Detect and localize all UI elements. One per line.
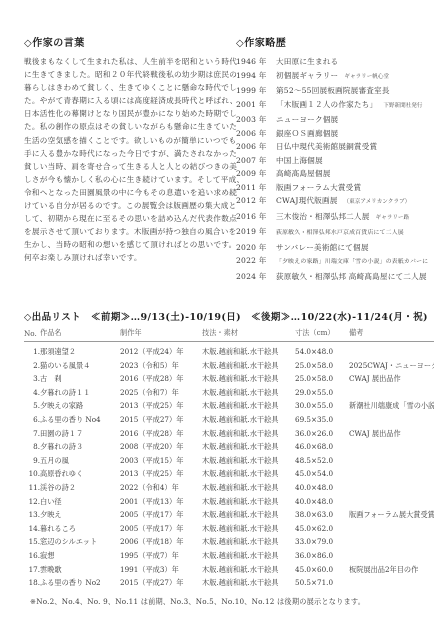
bio-year: 2006 年 <box>236 140 268 154</box>
cell-size: 30.0×55.0 <box>295 399 349 413</box>
statement-line: しさが今も懐かしく私の心に生き続けています。そして平成、 <box>24 173 222 186</box>
cell-technique: 木版.越前和紙.水干絵具 <box>202 467 295 481</box>
cell-no: 17. <box>24 563 40 577</box>
cell-no: 18. <box>24 576 40 590</box>
cell-note: 2025CWAJ・ニューヨーク展出品 <box>349 359 434 373</box>
bio-entry: 2011 年版画フォーラム大賞受賞 <box>236 181 434 195</box>
table-row: 13.夕映え2005（平成17）年木版.越前和紙.水干絵具38.0×63.0版画… <box>24 508 434 522</box>
cell-title: 夕映え <box>40 508 120 522</box>
exhibit-list-section: ◇出品リスト ≪前期≫…9/13(土)-10/19(日) ≪後期≫…10/22(… <box>24 309 434 607</box>
cell-no: 7. <box>24 427 40 441</box>
bio-year: 1999 年 <box>236 84 268 98</box>
artist-statement-heading: ◇作家の言葉 <box>24 34 222 49</box>
cell-title: 那須遠望２ <box>40 342 120 359</box>
column-header: No. <box>24 328 40 342</box>
artist-statement-section: ◇作家の言葉 戦後まもなくして生まれた私は、人生前半を昭和という時代に生きてきま… <box>24 34 222 283</box>
cell-title: 夕暮れの詩１１ <box>40 386 120 400</box>
document-page: ◇作家の言葉 戦後まもなくして生まれた私は、人生前半を昭和という時代に生きてきま… <box>0 0 446 640</box>
artist-statement-text: 戦後まもなくして生まれた私は、人生前半を昭和という時代に生きてきました。昭和２０… <box>24 55 222 265</box>
cell-note <box>349 495 434 509</box>
bio-year: 2007 年 <box>236 154 268 168</box>
cell-note <box>349 481 434 495</box>
bio-entry: 2016 年三木俊治・相澤弘邦二人展ギャラリー路 <box>236 210 434 226</box>
cell-technique: 木版.越前和紙.水干絵具 <box>202 399 295 413</box>
cell-year: 2015（平成27）年 <box>120 576 202 590</box>
cell-no: 5. <box>24 399 40 413</box>
cell-note <box>349 535 434 549</box>
bio-entry: 2022 年「夕映えの家路」川端文庫「雪の小説」の表紙カバーに <box>236 254 434 270</box>
table-row: 15.窓辺のシルエット2006（平成18）年木版.越前和紙.水干絵具33.0×7… <box>24 535 434 549</box>
cell-size: 38.0×63.0 <box>295 508 349 522</box>
cell-technique: 木版.越前和紙.水干絵具 <box>202 413 295 427</box>
bio-entry: 2001 年「木版画１２人の作家たち」下野新聞社発行 <box>236 98 434 114</box>
cell-technique: 木版.越前和紙.水干絵具 <box>202 372 295 386</box>
cell-no: 14. <box>24 522 40 536</box>
bio-year: 2024 年 <box>236 270 268 284</box>
cell-technique: 木版.越前和紙.水干絵具 <box>202 454 295 468</box>
cell-size: 25.0×58.0 <box>295 372 349 386</box>
cell-size: 48.5×52.0 <box>295 454 349 468</box>
cell-note <box>349 454 434 468</box>
cell-note: CWAJ 展出品作 <box>349 427 434 441</box>
cell-no: 2. <box>24 359 40 373</box>
cell-no: 6. <box>24 413 40 427</box>
cell-title: 夕暮れの詩３ <box>40 440 120 454</box>
bio-year: 2012 年 <box>236 194 268 208</box>
statement-line: して、初期から現在に至るその思いを詰め込んだ代表作数点 <box>24 212 222 225</box>
statement-line: に生きてきました。昭和２０年代終戦後私の幼少期は庶民の <box>24 68 222 81</box>
cell-size: 45.0×54.0 <box>295 467 349 481</box>
bio-note: ギャラリー帆心堂 <box>344 71 389 85</box>
cell-year: 2001（平成13）年 <box>120 495 202 509</box>
cell-size: 36.0×86.0 <box>295 549 349 563</box>
bio-entry: 2024 年荻原敏久・相澤弘邦 高崎髙島屋にて二人展 <box>236 270 434 284</box>
cell-technique: 木版.越前和紙.水干絵具 <box>202 481 295 495</box>
cell-size: 29.0×55.0 <box>295 386 349 400</box>
statement-line: 生活の空気感を描くことです。欲しいものが簡単にいつでも <box>24 134 222 147</box>
bio-entry: 2006 年日仏中現代美術館展銅賞受賞 <box>236 140 434 154</box>
bio-year: 1946 年 <box>236 55 268 69</box>
cell-size: 36.0×26.0 <box>295 427 349 441</box>
bio-entry: 1999 年第52～55回展板画院展審査室長 <box>236 84 434 98</box>
table-row: 2.猫のいる風景４2023（令和5）年木版.越前和紙.水干絵具25.0×58.0… <box>24 359 434 373</box>
cell-note <box>349 467 434 481</box>
column-header: 寸法（cm） <box>295 328 349 342</box>
cell-year: 2005（平成17）年 <box>120 508 202 522</box>
bio-entry: 2006 年銀座ＯＳ画廊個展 <box>236 127 434 141</box>
cell-size: 46.0×68.0 <box>295 440 349 454</box>
cell-size: 45.0×60.0 <box>295 563 349 577</box>
artist-bio-section: ◇作家略歴 1946 年大田原に生まれる1994 年初個展ギャラリーギャラリー帆… <box>236 34 434 283</box>
bio-text: 荻原敏久・相澤弘邦水戸京成百貨店にて二人展 <box>276 227 404 241</box>
bio-text: サンバレー美術館にて個展 <box>276 241 369 255</box>
cell-technique: 木版.越前和紙.水干絵具 <box>202 549 295 563</box>
cell-technique: 木版.越前和紙.水干絵具 <box>202 427 295 441</box>
cell-size: 40.0×48.0 <box>295 481 349 495</box>
table-row: 6.ふる里の香り No42015（平成27）年木版.越前和紙.水干絵具69.5×… <box>24 413 434 427</box>
cell-note: 板院展出品2年目の作 <box>349 563 434 577</box>
bio-entry: 1946 年大田原に生まれる <box>236 55 434 69</box>
artist-bio-list: 1946 年大田原に生まれる1994 年初個展ギャラリーギャラリー帆心堂1999… <box>236 55 434 283</box>
exhibit-table-body: 1.那須遠望２2012（平成24）年木版.越前和紙.水干絵具54.0×48.02… <box>24 342 434 590</box>
bio-entry: 1994 年初個展ギャラリーギャラリー帆心堂 <box>236 69 434 85</box>
exhibit-table: No.作品名制作年技法・素材寸法（cm）備考 1.那須遠望２2012（平成24）… <box>24 328 434 590</box>
bio-year: 2001 年 <box>236 98 268 112</box>
bio-entry: 2012 年CWAJ現代版画展（東京アメリカンクラブ） <box>236 194 434 210</box>
table-row: 17.雲晩歌1991（平成3）年木版.越前和紙.水干絵具45.0×60.0板院展… <box>24 563 434 577</box>
cell-year: 2012（平成24）年 <box>120 342 202 359</box>
bio-year: 2020 年 <box>236 241 268 255</box>
cell-note <box>349 413 434 427</box>
cell-technique: 木版.越前和紙.水干絵具 <box>202 495 295 509</box>
cell-title: 古 刹 <box>40 372 120 386</box>
cell-title: 渓谷の詩２ <box>40 481 120 495</box>
cell-note: CWAJ 展出品作 <box>349 372 434 386</box>
table-row: 18.ふる里の香り No22015（平成27）年木版.越前和紙.水干絵具50.5… <box>24 576 434 590</box>
table-row: 11.渓谷の詩２2022（令和4）年木版.越前和紙.水干絵具40.0×48.0 <box>24 481 434 495</box>
table-row: 4.夕暮れの詩１１2025（令和7）年木版.越前和紙.水干絵具29.0×55.0 <box>24 386 434 400</box>
bio-entry: 2020 年サンバレー美術館にて個展 <box>236 241 434 255</box>
cell-technique: 木版.越前和紙.水干絵具 <box>202 359 295 373</box>
cell-note <box>349 522 434 536</box>
cell-no: 1. <box>24 342 40 359</box>
cell-no: 11. <box>24 481 40 495</box>
table-row: 1.那須遠望２2012（平成24）年木版.越前和紙.水干絵具54.0×48.0 <box>24 342 434 359</box>
bio-text: 「夕映えの家路」川端文庫「雪の小説」の表紙カバーに <box>276 256 428 270</box>
exhibit-list-heading-row: ◇出品リスト ≪前期≫…9/13(土)-10/19(日) ≪後期≫…10/22(… <box>24 309 434 323</box>
bio-text: 日仏中現代美術館展銅賞受賞 <box>276 140 377 154</box>
cell-technique: 木版.越前和紙.水干絵具 <box>202 522 295 536</box>
statement-line: た。私の創作の原点はその貧しいながらも懸命に生きていた <box>24 120 222 133</box>
cell-year: 2016（平成28）年 <box>120 427 202 441</box>
cell-no: 9. <box>24 454 40 468</box>
bio-text: CWAJ現代版画展 <box>276 194 338 208</box>
cell-size: 69.5×35.0 <box>295 413 349 427</box>
column-header: 備考 <box>349 328 434 342</box>
bio-text: 荻原敏久・相澤弘邦 高崎髙島屋にて二人展 <box>276 270 427 284</box>
cell-technique: 木版.越前和紙.水干絵具 <box>202 576 295 590</box>
cell-no: 3. <box>24 372 40 386</box>
cell-size: 50.5×71.0 <box>295 576 349 590</box>
cell-note: 版画フォーラム展大賞受賞 <box>349 508 434 522</box>
table-row: 9.五月の風2003（平成15）年木版.越前和紙.水干絵具48.5×52.0 <box>24 454 434 468</box>
statement-line: けている自分が居るのです。この展覧会は版画歴の集大成と <box>24 199 222 212</box>
cell-technique: 木版.越前和紙.水干絵具 <box>202 386 295 400</box>
bio-note: （東京アメリカンクラブ） <box>344 196 411 210</box>
cell-no: 8. <box>24 440 40 454</box>
statement-line: 何卒お楽しみ頂ければ幸いです。 <box>24 251 222 264</box>
bio-text: ニューヨーク個展 <box>276 113 338 127</box>
cell-year: 1991（平成3）年 <box>120 563 202 577</box>
top-columns: ◇作家の言葉 戦後まもなくして生まれた私は、人生前半を昭和という時代に生きてきま… <box>24 34 434 283</box>
bio-year: 1994 年 <box>236 69 268 83</box>
bio-text: 初個展ギャラリー <box>276 69 338 83</box>
exhibit-footnote: ※No.2、No.4、No. 9、No.11 は前期、No.3、No.5、No.… <box>30 597 434 607</box>
statement-line: 日本活性化の幕開けとなり国民が豊かになり始めた時期でし <box>24 107 222 120</box>
cell-year: 2023（令和5）年 <box>120 359 202 373</box>
bio-year: 2011 年 <box>236 181 268 195</box>
column-header: 制作年 <box>120 328 202 342</box>
cell-size: 45.0×62.0 <box>295 522 349 536</box>
cell-no: 16. <box>24 549 40 563</box>
table-row: 5.夕映えの家路2013（平成25）年木版.越前和紙.水干絵具30.0×55.0… <box>24 399 434 413</box>
bio-year: 2006 年 <box>236 127 268 141</box>
statement-line: 戦後まもなくして生まれた私は、人生前半を昭和という時代 <box>24 55 222 68</box>
cell-technique: 木版.越前和紙.水干絵具 <box>202 535 295 549</box>
statement-line: た。やがて青春期に入る頃には高度経済成長時代と呼ばれ、 <box>24 94 222 107</box>
bio-year: 2009 年 <box>236 167 268 181</box>
cell-note: 新潮社川端康成「雪の小説」表紙カバーに <box>349 399 434 413</box>
cell-year: 2022（令和4）年 <box>120 481 202 495</box>
bio-year: 2022 年 <box>236 254 268 268</box>
statement-line: 暮らしはきわめて貧しく、生きてゆくことに懸命な時代でし <box>24 81 222 94</box>
table-row: 12.白い径2001（平成13）年木版.越前和紙.水干絵具40.0×48.0 <box>24 495 434 509</box>
cell-year: 2015（平成27）年 <box>120 413 202 427</box>
cell-title: 窓辺のシルエット <box>40 535 120 549</box>
cell-title: 田園の詩１７ <box>40 427 120 441</box>
exhibit-list-heading: ◇出品リスト <box>24 309 81 323</box>
cell-note <box>349 342 434 359</box>
table-row: 7.田園の詩１７2016（平成28）年木版.越前和紙.水干絵具36.0×26.0… <box>24 427 434 441</box>
table-row: 10.高原昏れゆく2013（平成25）年木版.越前和紙.水干絵具45.0×54.… <box>24 467 434 481</box>
cell-year: 2003（平成15）年 <box>120 454 202 468</box>
bio-entry: 2007 年中国上海個展 <box>236 154 434 168</box>
bio-text: 「木版画１２人の作家たち」 <box>276 98 377 112</box>
bio-year: 2019 年 <box>236 225 268 239</box>
cell-title: ふる里の香り No4 <box>40 413 120 427</box>
cell-size: 25.0×58.0 <box>295 359 349 373</box>
cell-no: 13. <box>24 508 40 522</box>
cell-no: 10. <box>24 467 40 481</box>
cell-year: 2016（平成28）年 <box>120 372 202 386</box>
cell-title: 寂想 <box>40 549 120 563</box>
table-header-row: No.作品名制作年技法・素材寸法（cm）備考 <box>24 328 434 342</box>
artist-bio-heading: ◇作家略歴 <box>236 34 434 49</box>
bio-year: 2003 年 <box>236 113 268 127</box>
cell-title: 夕映えの家路 <box>40 399 120 413</box>
statement-line: 手に入る豊かな時代になった今日ですが、満たされなかった <box>24 147 222 160</box>
bio-text: 第52～55回展板画院展審査室長 <box>276 84 390 98</box>
cell-year: 2013（平成25）年 <box>120 399 202 413</box>
bio-text: 版画フォーラム大賞受賞 <box>276 181 361 195</box>
cell-title: 暮れるころ <box>40 522 120 536</box>
column-header: 技法・素材 <box>202 328 295 342</box>
cell-size: 40.0×48.0 <box>295 495 349 509</box>
bio-entry: 2019 年荻原敏久・相澤弘邦水戸京成百貨店にて二人展 <box>236 225 434 241</box>
bio-text: 中国上海個展 <box>276 154 323 168</box>
cell-year: 2005（平成17）年 <box>120 522 202 536</box>
cell-title: ふる里の香り No2 <box>40 576 120 590</box>
cell-title: 白い径 <box>40 495 120 509</box>
statement-line: 貧しい当時、肩を寄せ合って生きる人と人との結びつきの美 <box>24 160 222 173</box>
cell-note <box>349 386 434 400</box>
cell-note <box>349 549 434 563</box>
exhibit-second-period: ≪後期≫…10/22(水)-11/24(月・祝) <box>251 309 428 323</box>
bio-note: 下野新聞社発行 <box>383 100 422 114</box>
bio-entry: 2009 年高崎髙島屋個展 <box>236 167 434 181</box>
cell-year: 2013（平成25）年 <box>120 467 202 481</box>
table-row: 8.夕暮れの詩３2008（平成20）年木版.越前和紙.水干絵具46.0×68.0 <box>24 440 434 454</box>
cell-note <box>349 440 434 454</box>
cell-title: 五月の風 <box>40 454 120 468</box>
cell-no: 4. <box>24 386 40 400</box>
bio-text: 高崎髙島屋個展 <box>276 167 331 181</box>
exhibit-first-period: ≪前期≫…9/13(土)-10/19(日) <box>91 309 241 323</box>
cell-no: 15. <box>24 535 40 549</box>
cell-year: 1995（平成7）年 <box>120 549 202 563</box>
bio-text: 大田原に生まれる <box>276 55 338 69</box>
cell-title: 高原昏れゆく <box>40 467 120 481</box>
bio-text: 三木俊治・相澤弘邦二人展 <box>276 210 370 224</box>
table-row: 16.寂想1995（平成7）年木版.越前和紙.水干絵具36.0×86.0 <box>24 549 434 563</box>
bio-year: 2016 年 <box>236 210 268 224</box>
cell-technique: 木版.越前和紙.水干絵具 <box>202 440 295 454</box>
column-header: 作品名 <box>40 328 120 342</box>
cell-size: 33.0×79.0 <box>295 535 349 549</box>
cell-note <box>349 576 434 590</box>
cell-technique: 木版.越前和紙.水干絵具 <box>202 508 295 522</box>
cell-title: 猫のいる風景４ <box>40 359 120 373</box>
cell-size: 54.0×48.0 <box>295 342 349 359</box>
bio-entry: 2003 年ニューヨーク個展 <box>236 113 434 127</box>
statement-line: 令和へとなった田園風景の中に今もその息遣いを追い求め続 <box>24 186 222 199</box>
cell-technique: 木版.越前和紙.水干絵具 <box>202 563 295 577</box>
bio-text: 銀座ＯＳ画廊個展 <box>276 127 338 141</box>
cell-year: 2025（令和7）年 <box>120 386 202 400</box>
table-row: 14.暮れるころ2005（平成17）年木版.越前和紙.水干絵具45.0×62.0 <box>24 522 434 536</box>
cell-title: 雲晩歌 <box>40 563 120 577</box>
statement-line: を展示させて頂いております。木版画が持つ独自の風合いを <box>24 225 222 238</box>
cell-year: 2008（平成20）年 <box>120 440 202 454</box>
cell-year: 2006（平成18）年 <box>120 535 202 549</box>
bio-note: ギャラリー路 <box>376 212 410 226</box>
cell-technique: 木版.越前和紙.水干絵具 <box>202 342 295 359</box>
statement-line: 生かし、当時の昭和の想いを感じて頂ければとの思いです。 <box>24 238 222 251</box>
table-row: 3.古 刹2016（平成28）年木版.越前和紙.水干絵具25.0×58.0CWA… <box>24 372 434 386</box>
cell-no: 12. <box>24 495 40 509</box>
